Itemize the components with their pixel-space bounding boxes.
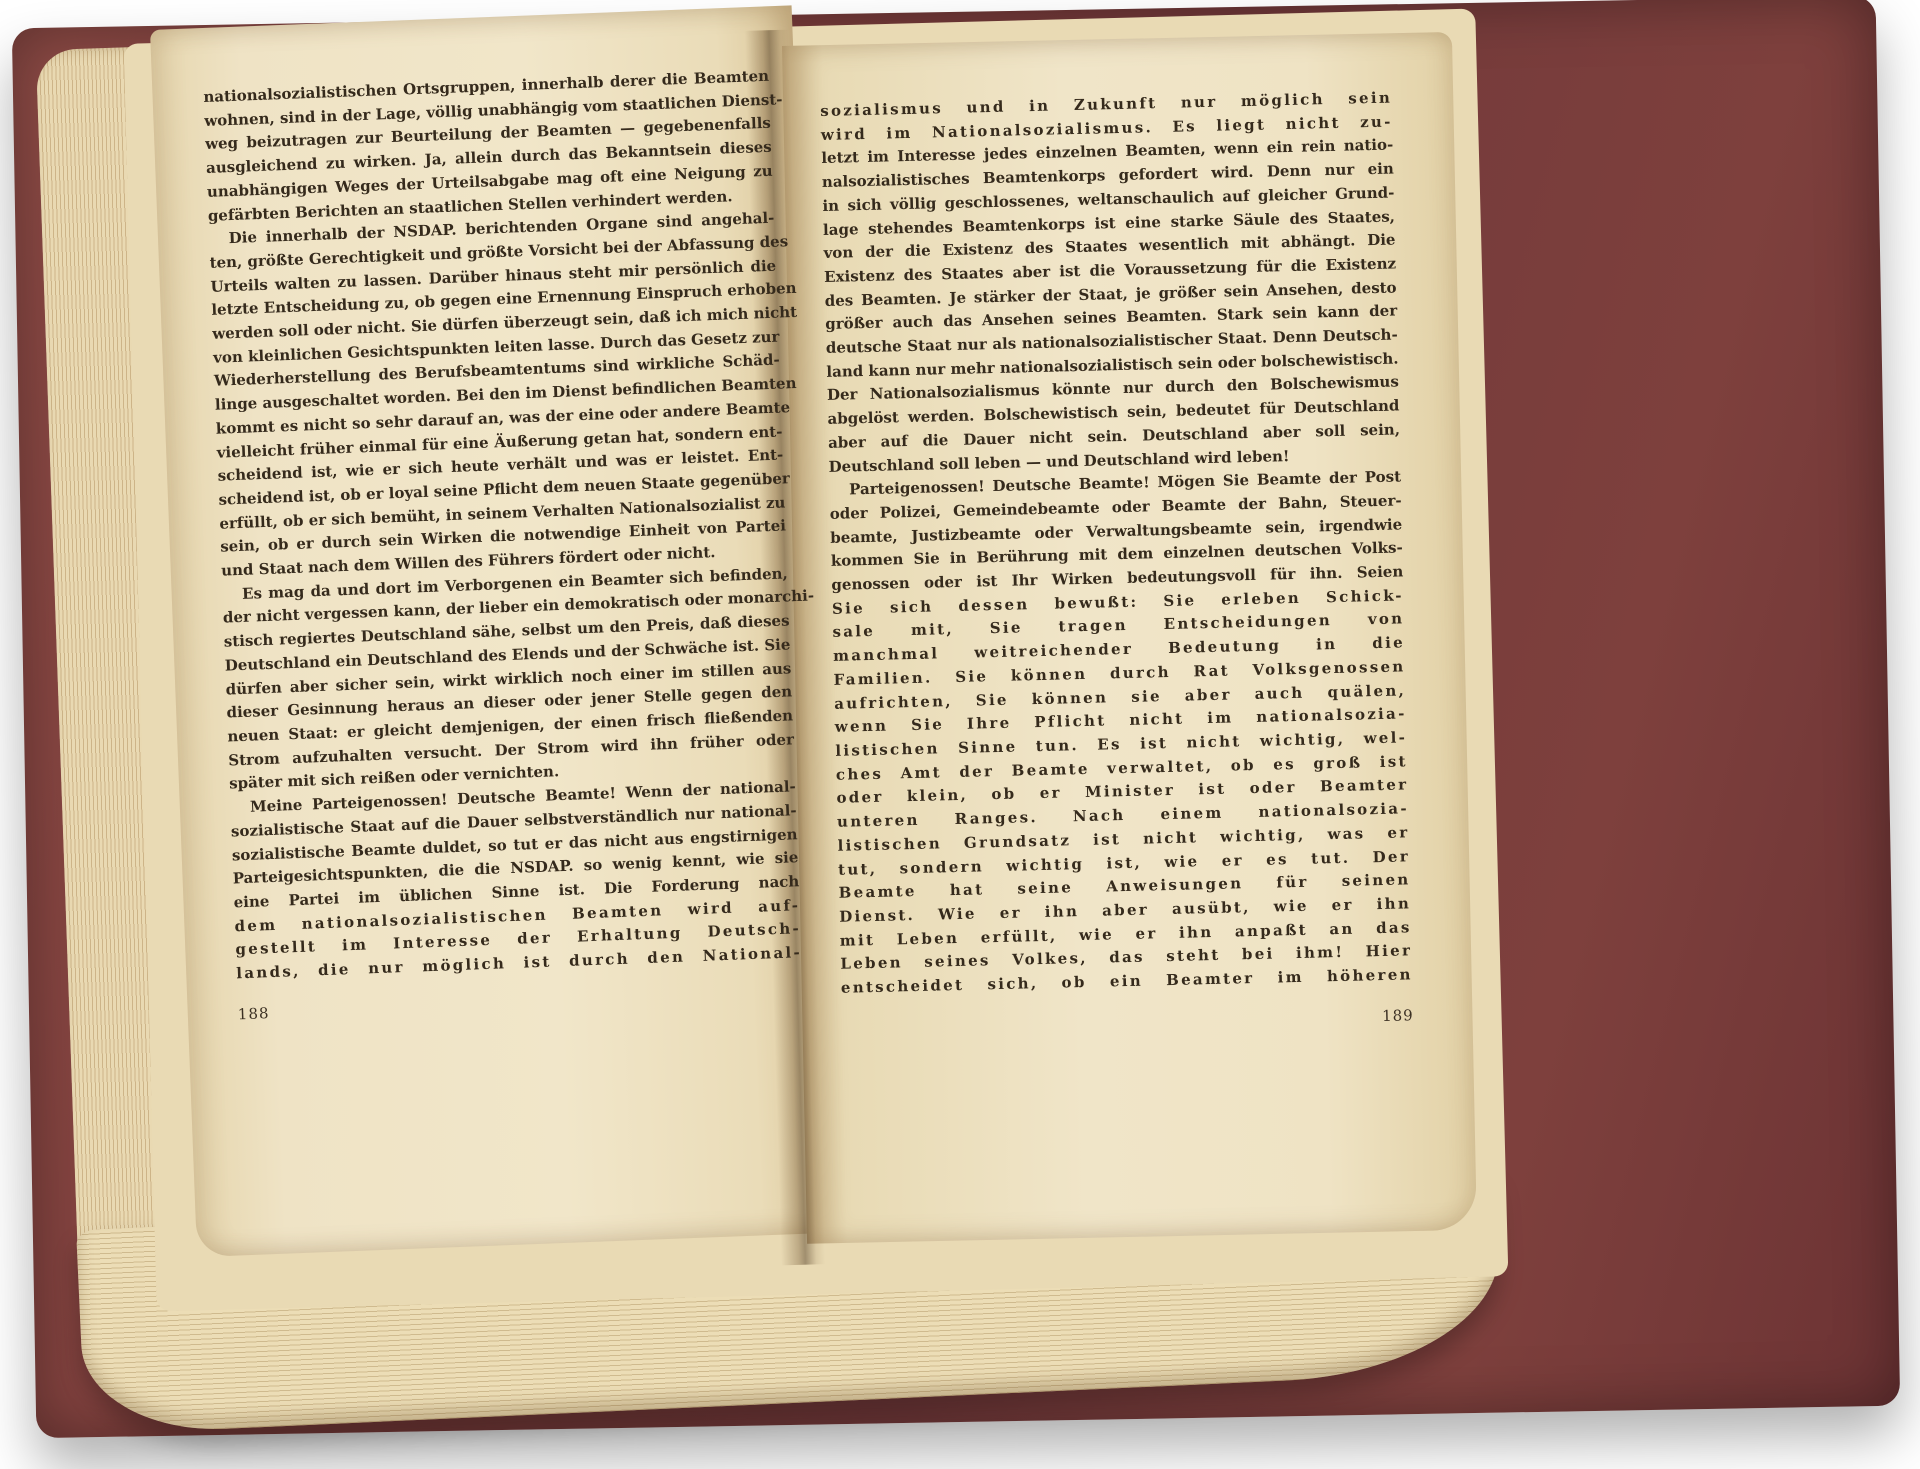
right-page-lines: sozialismus und in Zukunft nur möglich s… <box>820 87 1413 1001</box>
photo-background: nationalsozialistischen Ortsgruppen, inn… <box>0 0 1920 1469</box>
right-page-text: sozialismus und in Zukunft nur möglich s… <box>820 87 1414 1042</box>
left-page-text: nationalsozialistischen Ortsgruppen, inn… <box>203 65 804 1027</box>
open-book: nationalsozialistischen Ortsgruppen, inn… <box>0 0 1920 1469</box>
left-page-lines: nationalsozialistischen Ortsgruppen, inn… <box>203 65 802 986</box>
